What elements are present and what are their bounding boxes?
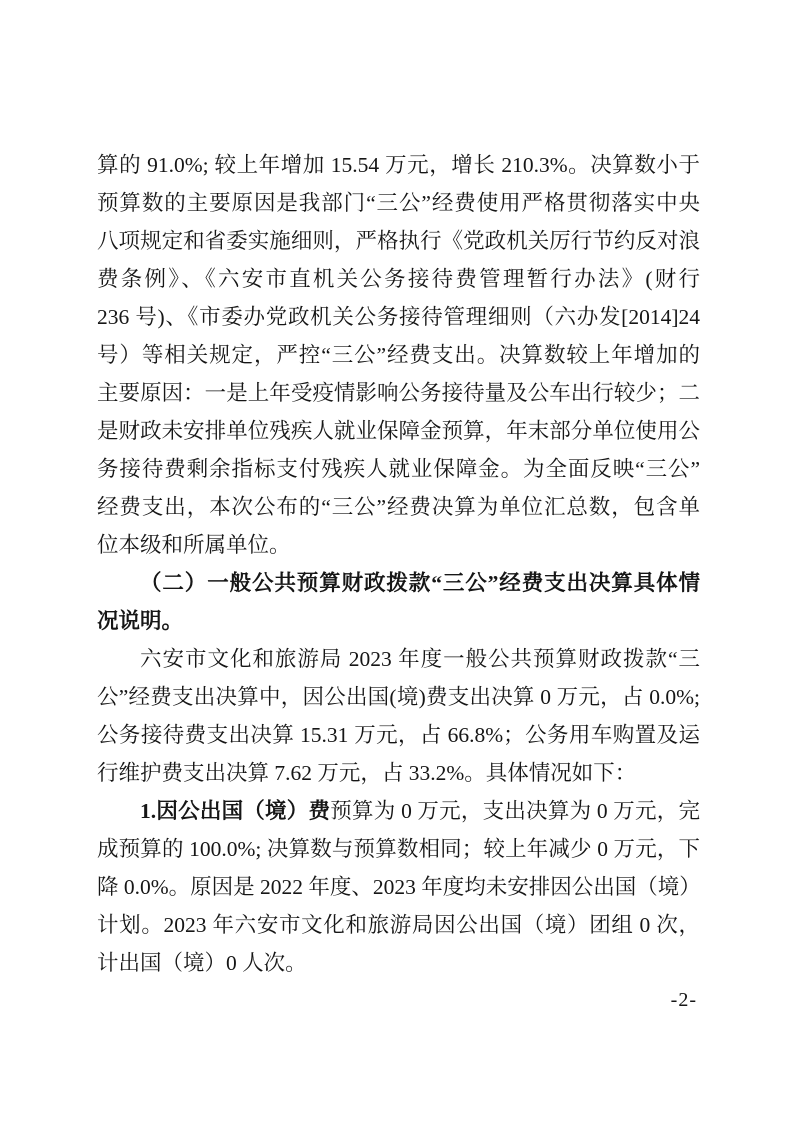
text-line: 1.因公出国（境）费预算为 0 万元，支出决算为 0 万元，完 bbox=[97, 792, 700, 830]
text-line: 计划。2023 年六安市文化和旅游局因公出国（境）团组 0 次，累 bbox=[97, 906, 700, 944]
text-line: 六安市文化和旅游局 2023 年度一般公共预算财政拨款“三 bbox=[97, 640, 700, 678]
text-segment: 计划。2023 年六安市文化和旅游局因公出国（境）团组 0 次，累 bbox=[97, 913, 700, 944]
text-segment: 经费支出，本次公布的“三公”经费决算为单位汇总数，包含单 bbox=[97, 495, 700, 519]
text-line: 降 0.0%。原因是 2022 年度、2023 年度均未安排因公出国（境） bbox=[97, 868, 700, 906]
text-segment: 费条例》、《六安市直机关公务接待费管理暂行办法》(财行〔2015〕 bbox=[97, 267, 700, 298]
document-body: 算的 91.0%; 较上年增加 15.54 万元，增长 210.3%。决算数小于… bbox=[97, 146, 700, 982]
bold-text-segment: 况说明。 bbox=[97, 609, 183, 633]
text-line: 公务接待费支出决算 15.31 万元，占 66.8%；公务用车购置及运 bbox=[97, 716, 700, 754]
text-line: 计出国（境）0 人次。 bbox=[97, 944, 700, 982]
text-line: 行维护费支出决算 7.62 万元，占 33.2%。具体情况如下： bbox=[97, 754, 700, 792]
page-number: -2- bbox=[671, 988, 697, 1012]
text-line: 预算数的主要原因是我部门“三公”经费使用严格贯彻落实中央 bbox=[97, 184, 700, 222]
text-segment: 算的 91.0%; 较上年增加 15.54 万元，增长 210.3%。决算数小于 bbox=[97, 153, 700, 177]
text-line: 236 号)、《市委办党政机关公务接待管理细则（六办发[2014]24 bbox=[97, 298, 700, 336]
text-line: 主要原因：一是上年受疫情影响公务接待量及公车出行较少；二 bbox=[97, 374, 700, 412]
text-line: 成预算的 100.0%; 决算数与预算数相同；较上年减少 0 万元，下 bbox=[97, 830, 700, 868]
text-line: 八项规定和省委实施细则，严格执行《党政机关厉行节约反对浪 bbox=[97, 222, 700, 260]
text-segment: 公”经费支出决算中，因公出国(境)费支出决算 0 万元，占 0.0%; bbox=[97, 685, 700, 709]
text-line: 况说明。 bbox=[97, 602, 700, 640]
text-line: 公”经费支出决算中，因公出国(境)费支出决算 0 万元，占 0.0%; bbox=[97, 678, 700, 716]
text-segment: 行维护费支出决算 7.62 万元，占 33.2%。具体情况如下： bbox=[97, 761, 636, 785]
text-line: 费条例》、《六安市直机关公务接待费管理暂行办法》(财行〔2015〕 bbox=[97, 260, 700, 298]
text-segment: 成预算的 100.0%; 决算数与预算数相同；较上年减少 0 万元，下 bbox=[97, 837, 700, 861]
text-segment: 236 号)、《市委办党政机关公务接待管理细则（六办发[2014]24 bbox=[97, 305, 700, 329]
text-line: 位本级和所属单位。 bbox=[97, 526, 700, 564]
text-line: （二）一般公共预算财政拨款“三公”经费支出决算具体情 bbox=[97, 564, 700, 602]
text-segment: 降 0.0%。原因是 2022 年度、2023 年度均未安排因公出国（境） bbox=[97, 875, 700, 899]
text-line: 务接待费剩余指标支付残疾人就业保障金。为全面反映“三公” bbox=[97, 450, 700, 488]
text-segment: 预算数的主要原因是我部门“三公”经费使用严格贯彻落实中央 bbox=[97, 191, 700, 215]
text-segment: 公务接待费支出决算 15.31 万元，占 66.8%；公务用车购置及运 bbox=[97, 723, 700, 747]
text-line: 是财政未安排单位残疾人就业保障金预算，年末部分单位使用公 bbox=[97, 412, 700, 450]
text-line: 经费支出，本次公布的“三公”经费决算为单位汇总数，包含单 bbox=[97, 488, 700, 526]
text-line: 算的 91.0%; 较上年增加 15.54 万元，增长 210.3%。决算数小于 bbox=[97, 146, 700, 184]
text-segment: 位本级和所属单位。 bbox=[97, 533, 291, 557]
text-segment: 六安市文化和旅游局 2023 年度一般公共预算财政拨款“三 bbox=[140, 647, 700, 671]
text-segment: 八项规定和省委实施细则，严格执行《党政机关厉行节约反对浪 bbox=[97, 229, 700, 253]
text-segment: 是财政未安排单位残疾人就业保障金预算，年末部分单位使用公 bbox=[97, 419, 700, 443]
document-page: 算的 91.0%; 较上年增加 15.54 万元，增长 210.3%。决算数小于… bbox=[0, 0, 793, 1122]
text-segment: 计出国（境）0 人次。 bbox=[97, 951, 307, 975]
text-segment: 务接待费剩余指标支付残疾人就业保障金。为全面反映“三公” bbox=[97, 457, 700, 481]
text-segment: 主要原因：一是上年受疫情影响公务接待量及公车出行较少；二 bbox=[97, 381, 700, 405]
text-line: 号）等相关规定，严控“三公”经费支出。决算数较上年增加的 bbox=[97, 336, 700, 374]
bold-text-segment: （二）一般公共预算财政拨款“三公”经费支出决算具体情 bbox=[140, 571, 700, 595]
text-segment: 号）等相关规定，严控“三公”经费支出。决算数较上年增加的 bbox=[97, 343, 700, 367]
text-segment: 预算为 0 万元，支出决算为 0 万元，完 bbox=[330, 799, 700, 823]
bold-text-segment: 1.因公出国（境）费 bbox=[140, 799, 330, 823]
